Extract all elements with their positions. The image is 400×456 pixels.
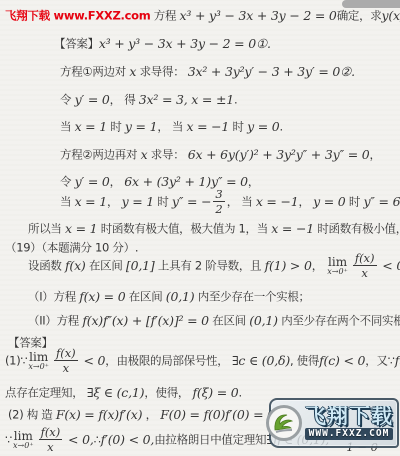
text-run: （I）方程 <box>28 290 79 304</box>
text-line: 当 x = 1 时 y = 1， 当 x = −1 时 y = 0. <box>60 116 283 135</box>
text-run: 当 <box>60 195 75 209</box>
text-run: ， <box>248 175 259 189</box>
text-run: 时 <box>154 195 172 209</box>
text-line: 【答案】x³ + y³ − 3x + 3y − 2 = 0①. <box>54 33 271 52</box>
math-run: y″ = − <box>172 194 211 209</box>
text-run: 在区间 <box>125 290 165 304</box>
text-line: (1)∵limx→0⁺f(x)x < 0，由极限的局部保号性， ∃c ∈ (0,… <box>5 347 400 374</box>
text-run: ， <box>107 195 122 209</box>
text-run: 内至少存在一个实根； <box>194 290 309 304</box>
text-run: 方程②两边再对 <box>60 148 141 162</box>
fxxz-logo-text: 飞翔下载 WWW.FXXZ.COM <box>304 406 394 440</box>
math-run: x = 1 <box>75 194 107 209</box>
text-run: 上具有 2 阶导数，且 <box>155 259 265 273</box>
math-run: 6x + 6y(y′)² + 3y²y″ + 3y″ = 0 <box>188 147 370 162</box>
text-run: 令 <box>60 175 75 189</box>
watermark-logo-title: 飞翔下载 <box>305 406 393 427</box>
text-run: 确定，求 <box>337 9 382 23</box>
math-run: y(x) <box>382 8 400 23</box>
math-run: y = 0 <box>313 194 345 209</box>
math-run: f(1) > 0 <box>265 258 312 273</box>
math-run: (0,1) <box>166 289 195 304</box>
text-run: 方程 <box>150 9 179 23</box>
scanned-page: 飞翔下载 www.FXXZ.com 方程 x³ + y³ − 3x + 3y −… <box>0 0 400 456</box>
math-run: < 0 <box>80 353 106 368</box>
math-run: y = 1 <box>122 194 154 209</box>
math-run: y′ = 0 <box>75 174 110 189</box>
math-run: f(ξ) = 0 <box>192 385 238 400</box>
text-run: 时 <box>229 120 247 134</box>
text-run: . <box>280 120 283 134</box>
text-run: 时函数有极大值，极大值为 1，当 <box>97 222 271 236</box>
math-run: f(x) = 0 <box>79 289 125 304</box>
math-run: y″ = 6 <box>363 194 400 209</box>
text-line: 飞翔下载 www.FXXZ.com 方程 x³ + y³ − 3x + 3y −… <box>5 5 400 24</box>
text-line: 方程②两边再对 x 求导： 6x + 6y(y′)² + 3y²y″ + 3y″… <box>60 144 381 163</box>
text-line: （II）方程 f(x)f″(x) + [f′(x)]² = 0 在区间 (0,1… <box>28 310 400 329</box>
text-run: 时 <box>346 195 364 209</box>
text-run: ， <box>312 259 327 273</box>
text-run: 当 <box>60 120 75 134</box>
text-run: ， 当 <box>157 120 186 134</box>
text-run: ，由极限的局部保号性， <box>105 354 232 368</box>
fraction: f(x)x <box>39 426 63 453</box>
text-run: 点存在定理知， <box>5 386 87 400</box>
text-run: ， 得 <box>110 93 139 107</box>
text-run: . <box>239 386 242 400</box>
text-run: 【答案】 <box>54 37 99 51</box>
math-run: x³ + y³ − 3x + 3y − 2 = 0①. <box>99 36 271 51</box>
text-run: , 使得 <box>290 354 319 368</box>
math-run: < 0 <box>379 258 400 273</box>
text-line: 点存在定理知， ∃ξ ∈ (c,1)，使得， f(ξ) = 0. <box>5 382 242 401</box>
text-run: ， 当 <box>227 195 256 209</box>
text-run: ∵ <box>5 433 12 447</box>
math-run: y = 1 <box>125 119 157 134</box>
math-run: 6x + (3y² + 1)y″ = 0 <box>124 174 248 189</box>
text-run: （II）方程 <box>28 314 82 328</box>
fraction: 32 <box>213 188 224 215</box>
site-watermark-text: 飞翔下载 www.FXXZ.com <box>5 9 150 23</box>
math-run: y′ = 0 <box>75 92 110 107</box>
fraction: f(x)x <box>353 252 377 279</box>
top-right-tab <box>342 0 400 8</box>
math-run: f(x) <box>65 258 86 273</box>
text-run: (1)∵ <box>5 354 27 368</box>
math-run: x = −1 <box>186 119 229 134</box>
math-run: y = 0 <box>247 119 279 134</box>
math-run: x³ + y³ − 3x + 3y − 2 = 0 <box>180 8 337 23</box>
math-run: f(x)f″(x) + [f′(x)]² = 0 <box>82 313 209 328</box>
math-run: F(x) = f(x)f′(x) <box>56 407 142 422</box>
fraction: f(x)x <box>54 347 78 374</box>
math-run: 3x² + 3y²y′ − 3 + 3y′ = 0②. <box>188 64 355 79</box>
text-run: ， <box>110 175 125 189</box>
text-line: (2) 构 造 F(x) = f(x)f′(x) ， F(0) = f(0)f′… <box>8 404 282 423</box>
text-run: 内至少存在两个不同实根. <box>278 314 400 328</box>
text-run: ， <box>142 408 160 422</box>
math-run: F(0) = f(0)f′(0) = 0 <box>160 407 275 422</box>
math-run: x = −1 <box>256 194 299 209</box>
text-line: 设函数 f(x) 在区间 [0,1] 上具有 2 阶导数，且 f(1) > 0，… <box>28 252 400 279</box>
text-run: ， <box>299 195 314 209</box>
text-run: 设函数 <box>28 259 65 273</box>
math-run: 3x² = 3, x = ±1 <box>139 92 234 107</box>
math-run: (0,1) <box>249 313 278 328</box>
limit-operator: limx→0⁺ <box>327 256 348 276</box>
text-run: 由拉格朗日中值定理知 <box>154 433 266 447</box>
fxxz-watermark-logo: 飞翔下载 WWW.FXXZ.COM <box>269 398 399 448</box>
math-run: x = 1 <box>65 221 97 236</box>
text-run: 方程①两边对 <box>60 65 129 79</box>
math-run: x = −1 <box>271 221 314 236</box>
text-line: 所以当 x = 1 时函数有极大值，极大值为 1，当 x = −1 时函数有极小… <box>28 218 400 237</box>
math-run: ∃ξ ∈ (c,1) <box>87 385 145 400</box>
text-run: (2) 构 造 <box>8 408 56 422</box>
text-run: 令 <box>60 93 75 107</box>
math-run: < 0, <box>64 432 93 447</box>
text-run: . <box>234 93 237 107</box>
text-line: 方程①两边对 x 求导得： 3x² + 3y²y′ − 3 + 3y′ = 0②… <box>60 61 355 80</box>
math-run: f′(0) < 0, <box>101 432 155 447</box>
document-lines: 飞翔下载 www.FXXZ.com 方程 x³ + y³ − 3x + 3y −… <box>0 0 400 456</box>
text-run: ，又∵ <box>365 354 394 368</box>
math-run: [0,1] <box>126 258 155 273</box>
watermark-logo-url: WWW.FXXZ.COM <box>305 428 394 440</box>
text-run: 在区间 <box>86 259 126 273</box>
text-run: 时函数有极小值，极小值为 0. <box>314 222 400 236</box>
fxxz-logo-icon <box>266 405 302 441</box>
math-run: f(1) > 0 <box>395 353 400 368</box>
text-run: ， <box>370 148 381 162</box>
limit-operator: limx→0⁺ <box>13 430 34 450</box>
text-line: 令 y′ = 0， 得 3x² = 3, x = ±1. <box>60 89 237 108</box>
text-run: ，使得， <box>144 386 192 400</box>
text-run: 在区间 <box>209 314 249 328</box>
text-run: 所以当 <box>28 222 65 236</box>
math-run: x = 1 <box>75 119 107 134</box>
text-line: （I）方程 f(x) = 0 在区间 (0,1) 内至少存在一个实根； <box>28 286 310 305</box>
text-run: 求导： <box>147 148 187 162</box>
limit-operator: limx→0⁺ <box>28 351 49 371</box>
text-run: ∴ <box>94 433 101 447</box>
text-line: 当 x = 1， y = 1 时 y″ = −32， 当 x = −1， y =… <box>60 188 400 215</box>
math-run: ∃c ∈ (0,δ) <box>232 353 290 368</box>
text-run: 时 <box>107 120 125 134</box>
math-run: f(c) < 0 <box>319 353 365 368</box>
text-run: 求导得： <box>136 65 188 79</box>
